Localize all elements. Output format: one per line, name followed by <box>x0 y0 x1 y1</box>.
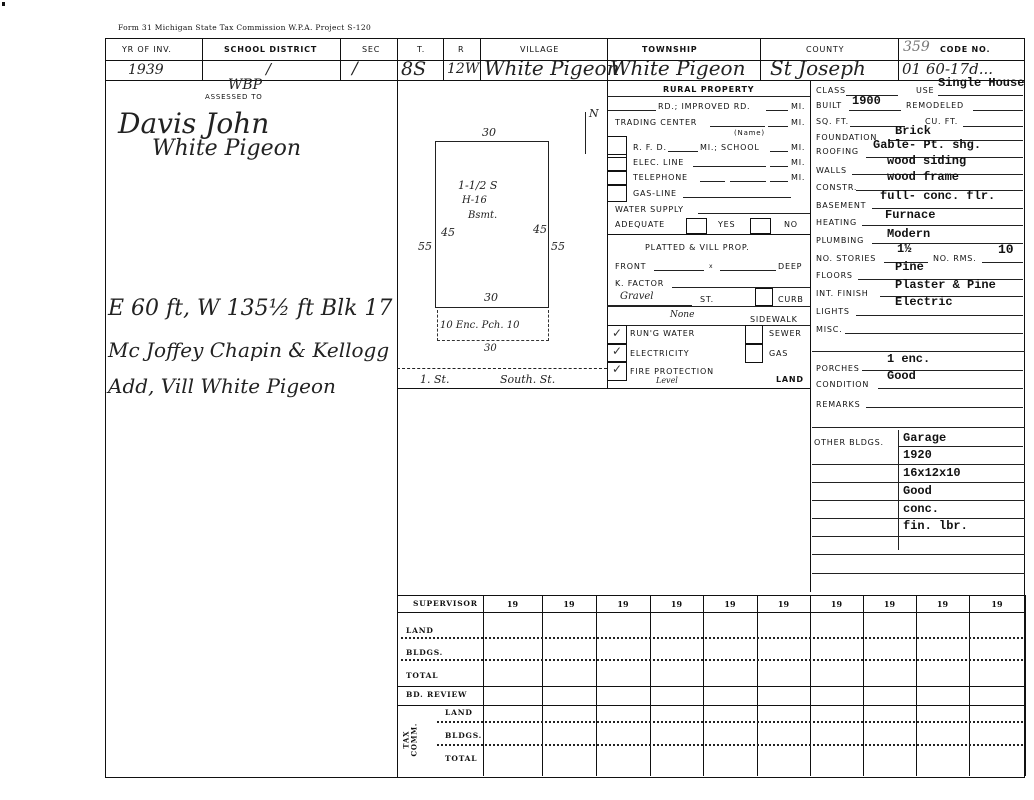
condition-value: Good <box>887 370 916 382</box>
value-cell[interactable] <box>705 661 755 684</box>
value-cell[interactable] <box>544 614 594 635</box>
school-district-value: / <box>266 62 271 77</box>
value-cell[interactable] <box>812 723 861 742</box>
code-prefix: 359 <box>903 40 930 54</box>
value-cell[interactable] <box>652 661 701 684</box>
grid-line <box>397 686 1025 687</box>
value-cell[interactable] <box>812 688 861 703</box>
year-header-4: 19 <box>650 600 703 608</box>
value-cell[interactable] <box>812 746 861 774</box>
supervisor-label: SUPERVISOR <box>413 600 478 608</box>
value-cell[interactable] <box>971 639 1023 657</box>
grid-line <box>542 595 543 776</box>
yr-of-inv-label: YR OF INV. <box>122 46 172 54</box>
township-label: TOWNSHIP <box>642 46 697 54</box>
value-cell[interactable] <box>598 746 648 774</box>
heating-value: Furnace <box>885 209 935 221</box>
land-label: LAND <box>406 627 434 635</box>
rural-property-title: RURAL PROPERTY <box>663 86 754 94</box>
value-cell[interactable] <box>598 614 648 635</box>
bd-review-label: BD. REVIEW <box>406 691 467 699</box>
other-bldg-line-5: conc. <box>903 503 939 515</box>
code-no-label: CODE NO. <box>940 46 990 54</box>
value-cell[interactable] <box>485 723 540 742</box>
grid-line <box>1025 595 1026 776</box>
value-cell[interactable] <box>485 746 540 774</box>
t-value: 8S <box>401 60 426 79</box>
grid-line <box>483 595 484 776</box>
value-cell[interactable] <box>705 639 755 657</box>
value-cell[interactable] <box>652 639 701 657</box>
value-cell[interactable] <box>759 688 808 703</box>
int-finish-value: Plaster & Pine <box>895 279 996 291</box>
owner-name: Davis John <box>118 110 269 138</box>
yr-of-inv-value: 1939 <box>128 63 164 77</box>
sec-value: / <box>352 61 358 78</box>
value-cell[interactable] <box>971 688 1023 703</box>
value-cell[interactable] <box>971 723 1023 742</box>
street-right: South. St. <box>500 374 555 385</box>
sidewalk-value: None <box>670 311 694 320</box>
grid-line <box>863 595 864 776</box>
value-cell[interactable] <box>705 688 755 703</box>
value-cell[interactable] <box>598 639 648 657</box>
other-bldg-line-1: Garage <box>903 432 946 444</box>
r-label: R <box>458 46 464 54</box>
built-value: 1900 <box>852 95 881 107</box>
sketch-porch-bottom: 30 <box>484 344 497 354</box>
grid-line <box>757 595 758 776</box>
value-cell[interactable] <box>485 639 540 657</box>
sketch-top: 30 <box>482 127 496 138</box>
year-header-6: 19 <box>757 600 810 608</box>
value-cell[interactable] <box>705 723 755 742</box>
value-cell[interactable] <box>598 707 648 719</box>
grid-line <box>650 595 651 776</box>
sketch-left-outer: 55 <box>418 241 432 252</box>
value-cell[interactable] <box>705 614 755 635</box>
grid-line <box>810 595 811 776</box>
constr-value: wood frame <box>887 171 959 183</box>
grid-line <box>916 595 917 776</box>
year-header-8: 19 <box>863 600 916 608</box>
village-label: VILLAGE <box>520 46 559 54</box>
sec-label: SEC <box>362 46 380 54</box>
owner-address: White Pigeon <box>152 138 301 160</box>
sketch-left-inner: 45 <box>441 227 455 238</box>
porches-value: 1 enc. <box>887 353 930 365</box>
legal-line-3: Add, Vill White Pigeon <box>108 376 336 396</box>
value-cell[interactable] <box>865 723 914 742</box>
gas-line-checkbox[interactable] <box>607 184 627 202</box>
year-header-10: 19 <box>969 600 1025 608</box>
value-cell[interactable] <box>865 661 914 684</box>
curb-checkbox[interactable] <box>755 288 773 306</box>
electricity-check-icon: ✓ <box>612 345 622 357</box>
other-bldg-line-2: 1920 <box>903 449 932 461</box>
land-level-value: Level <box>656 377 678 385</box>
foundation-value: Brick <box>895 125 931 137</box>
year-header-7: 19 <box>810 600 863 608</box>
other-bldg-line-4: Good <box>903 485 932 497</box>
legal-line-2: Mc Joffey Chapin & Kellogg <box>108 340 389 360</box>
grid-line <box>397 705 1025 706</box>
code-no-value: 01 60-17d... <box>902 62 993 77</box>
county-value: St Joseph <box>770 58 866 78</box>
value-cell[interactable] <box>918 661 967 684</box>
sketch-note-1: 1-1/2 S <box>458 180 497 191</box>
t-label: T. <box>417 46 425 54</box>
value-cell[interactable] <box>759 723 808 742</box>
year-header-2: 19 <box>542 600 596 608</box>
legal-line-1: E 60 ft, W 135½ ft Blk 17 <box>108 298 392 320</box>
sketch-right-outer: 55 <box>551 241 565 252</box>
value-cell[interactable] <box>865 746 914 774</box>
value-cell[interactable] <box>598 688 648 703</box>
grid-line <box>703 595 704 776</box>
tc-total-label: TOTAL <box>445 755 477 763</box>
value-cell[interactable] <box>652 688 701 703</box>
other-bldgs-label: OTHER BLDGS. <box>814 439 884 447</box>
rd-improved-label: RD.; IMPROVED RD. <box>658 103 750 111</box>
use-value: Single House <box>938 77 1024 89</box>
value-cell[interactable] <box>865 614 914 635</box>
fire-protection-check-icon: ✓ <box>612 363 622 375</box>
assessed-stamp: WBP <box>228 78 262 92</box>
grid-line <box>969 595 970 776</box>
school-district-label: SCHOOL DISTRICT <box>224 46 317 54</box>
value-cell[interactable] <box>918 614 967 635</box>
value-cell[interactable] <box>485 614 540 635</box>
year-header-1: 19 <box>483 600 542 608</box>
value-cell[interactable] <box>598 723 648 742</box>
value-cell[interactable] <box>759 661 808 684</box>
floors-value: Pine <box>895 261 924 273</box>
stories-value: 1½ <box>897 243 911 255</box>
street-type-value: Gravel <box>620 292 654 302</box>
trading-center-label: TRADING CENTER <box>615 119 697 127</box>
value-cell[interactable] <box>812 707 861 719</box>
value-cell[interactable] <box>544 723 594 742</box>
walls-value: wood siding <box>887 155 966 167</box>
form-header: Form 31 Michigan State Tax Commission W.… <box>118 24 371 32</box>
street-left: 1. St. <box>420 374 449 385</box>
platted-title: PLATTED & VILL PROP. <box>645 244 750 252</box>
tc-bldgs-label: BLDGS. <box>445 732 482 740</box>
value-cell[interactable] <box>544 661 594 684</box>
value-cell[interactable] <box>485 688 540 703</box>
value-cell[interactable] <box>971 661 1023 684</box>
value-cell[interactable] <box>918 688 967 703</box>
value-cell[interactable] <box>485 661 540 684</box>
grid-line <box>397 595 1025 596</box>
value-cell[interactable] <box>759 707 808 719</box>
value-cell[interactable] <box>598 661 648 684</box>
north-arrow <box>585 112 586 154</box>
county-label: COUNTY <box>806 46 844 54</box>
roofing-value: Gable- Pt. shg. <box>873 139 981 151</box>
value-cell[interactable] <box>544 707 594 719</box>
value-cell[interactable] <box>652 707 701 719</box>
grid-line <box>397 612 1025 613</box>
value-cell[interactable] <box>918 639 967 657</box>
value-cell[interactable] <box>652 614 701 635</box>
value-cell[interactable] <box>812 614 861 635</box>
value-cell[interactable] <box>971 746 1023 774</box>
value-cell[interactable] <box>705 746 755 774</box>
township-value: White Pigeon <box>610 58 745 78</box>
value-cell[interactable] <box>544 639 594 657</box>
value-cell[interactable] <box>544 688 594 703</box>
adequate-no-checkbox[interactable] <box>750 218 771 234</box>
value-cell[interactable] <box>652 746 701 774</box>
assessed-to-label: ASSESSED TO <box>205 94 263 101</box>
value-cell[interactable] <box>865 688 914 703</box>
value-cell[interactable] <box>918 723 967 742</box>
value-cell[interactable] <box>865 639 914 657</box>
value-cell[interactable] <box>812 661 861 684</box>
village-value: White Pigeon <box>484 58 619 78</box>
gas-checkbox[interactable] <box>745 343 763 363</box>
value-cell[interactable] <box>485 707 540 719</box>
year-header-5: 19 <box>703 600 757 608</box>
basement-value: full- conc. flr. <box>880 190 995 202</box>
north-marker: N <box>589 108 599 119</box>
value-cell[interactable] <box>759 614 808 635</box>
running-water-check-icon: ✓ <box>612 327 622 339</box>
sketch-porch: 10 Enc. Pch. 10 <box>440 321 519 331</box>
sketch-note-3: Bsmt. <box>468 211 497 221</box>
rooms-value: 10 <box>998 243 1014 256</box>
value-cell[interactable] <box>971 707 1023 719</box>
bldgs-label: BLDGS. <box>406 649 443 657</box>
other-bldg-line-3: 16x12x10 <box>903 467 961 479</box>
sketch-bottom: 30 <box>484 292 498 303</box>
value-cell[interactable] <box>918 707 967 719</box>
r-value: 12W <box>447 62 479 76</box>
year-header-9: 19 <box>916 600 969 608</box>
other-bldg-line-6: fin. lbr. <box>903 520 968 532</box>
value-cell[interactable] <box>812 639 861 657</box>
value-cell[interactable] <box>652 723 701 742</box>
year-header-3: 19 <box>596 600 650 608</box>
total-label: TOTAL <box>406 672 438 680</box>
grid-line <box>596 595 597 776</box>
sketch-right-inner: 45 <box>533 224 547 235</box>
lights-value: Electric <box>895 296 953 308</box>
sketch-note-2: H-16 <box>462 196 487 206</box>
adequate-yes-checkbox[interactable] <box>686 218 707 234</box>
plumbing-value: Modern <box>887 228 930 240</box>
scan-mark <box>2 2 5 6</box>
tc-land-label: LAND <box>445 709 473 717</box>
value-cell[interactable] <box>918 746 967 774</box>
house-footprint <box>435 141 549 308</box>
value-cell[interactable] <box>865 707 914 719</box>
value-cell[interactable] <box>759 639 808 657</box>
tax-comm-label: TAX COMM. <box>402 715 417 765</box>
sewer-checkbox[interactable] <box>745 325 763 345</box>
value-cell[interactable] <box>544 746 594 774</box>
value-cell[interactable] <box>705 707 755 719</box>
value-cell[interactable] <box>759 746 808 774</box>
value-cell[interactable] <box>971 614 1023 635</box>
